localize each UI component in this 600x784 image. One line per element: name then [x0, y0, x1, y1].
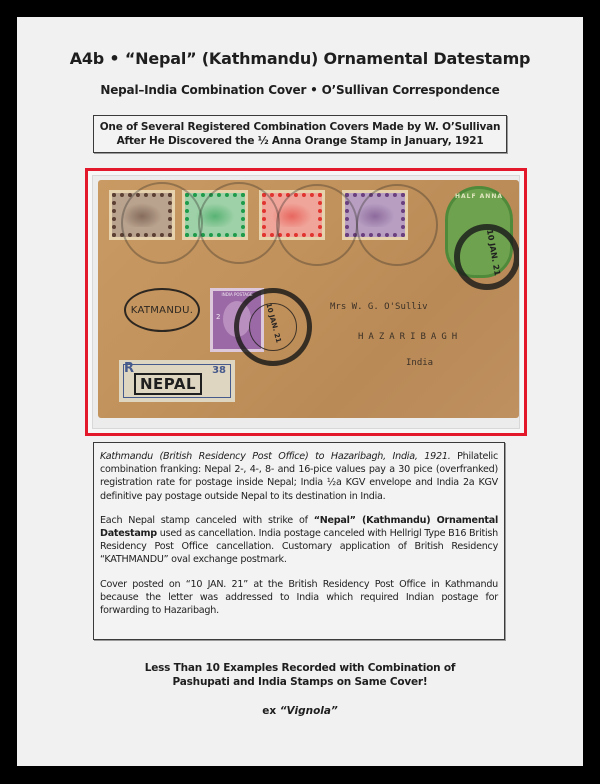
description-route: Kathmandu (British Residency Post Office…	[100, 451, 451, 462]
address-city: HAZARIBAGH	[358, 332, 462, 342]
address-name: Mrs W. G. O'Sulliv	[330, 302, 428, 312]
katmandu-oval-postmark: KATMANDU.	[124, 288, 200, 332]
postal-cover-image: HALF ANNA 10 JAN. 21 KATMANDU. INDIA POS…	[98, 180, 519, 418]
cover-image-frame: HALF ANNA 10 JAN. 21 KATMANDU. INDIA POS…	[85, 168, 527, 436]
description-box: Kathmandu (British Residency Post Office…	[93, 442, 505, 640]
residency-postmark-right: 10 JAN. 21	[454, 224, 519, 290]
page-title: A4b • “Nepal” (Kathmandu) Ornamental Dat…	[17, 49, 583, 68]
provenance-prefix: ex	[262, 705, 280, 717]
provenance-name: “Vignola”	[280, 705, 338, 717]
ornamental-datestamp-strike	[121, 182, 203, 264]
highlight-line-1: One of Several Registered Combination Co…	[94, 120, 506, 134]
india-stamp-label: INDIA POSTAGE	[215, 292, 259, 297]
description-paragraph-3: Cover posted on “10 JAN. 21” at the Brit…	[100, 578, 498, 618]
rarity-line-2: Pashupati and India Stamps on Same Cover…	[17, 675, 583, 689]
registration-office: NEPAL	[134, 373, 202, 395]
indicium-text: HALF ANNA	[448, 193, 510, 200]
registration-label: R 38 NEPAL	[119, 360, 235, 402]
page-subtitle: Nepal–India Combination Cover • O’Sulliv…	[17, 83, 583, 97]
provenance: ex “Vignola”	[17, 705, 583, 717]
registration-r: R	[124, 361, 134, 376]
description-paragraph-1: Kathmandu (British Residency Post Office…	[100, 450, 498, 503]
address-country: India	[406, 358, 433, 368]
cover-mat: HALF ANNA 10 JAN. 21 KATMANDU. INDIA POS…	[92, 175, 520, 429]
residency-postmark-center: 10 JAN. 21	[234, 288, 312, 366]
postmark-date: 10 JAN. 21	[485, 229, 502, 277]
ornamental-datestamp-strike	[356, 184, 438, 266]
india-stamp-value: 2	[216, 313, 220, 321]
rarity-line-1: Less Than 10 Examples Recorded with Comb…	[17, 661, 583, 675]
description-text: used as cancellation. India postage canc…	[100, 528, 498, 565]
exhibit-page: A4b • “Nepal” (Kathmandu) Ornamental Dat…	[17, 17, 583, 766]
description-paragraph-2: Each Nepal stamp canceled with strike of…	[100, 514, 498, 567]
rarity-note: Less Than 10 Examples Recorded with Comb…	[17, 661, 583, 689]
ornamental-datestamp-strike	[198, 182, 280, 264]
highlight-line-2: After He Discovered the ½ Anna Orange St…	[94, 134, 506, 148]
highlight-box: One of Several Registered Combination Co…	[93, 115, 507, 153]
description-text: Each Nepal stamp canceled with strike of	[100, 515, 314, 526]
ornamental-datestamp-strike	[276, 184, 358, 266]
registration-number: 38	[212, 365, 226, 376]
